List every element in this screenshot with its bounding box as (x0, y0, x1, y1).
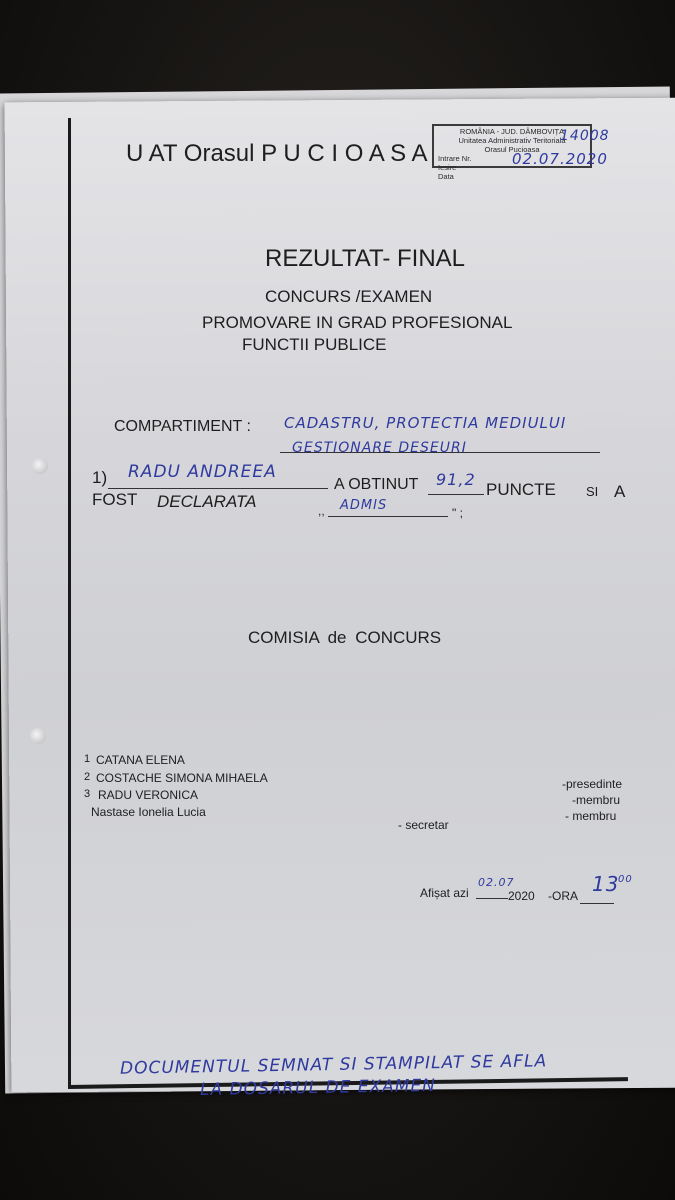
committee-heading: COMISIA de CONCURS (248, 628, 441, 648)
status-value: ADMIS (340, 498, 387, 513)
hour-label: -ORA (548, 889, 578, 903)
candidate-underline (108, 488, 328, 489)
declared-label: DECLARATA (157, 492, 257, 512)
stamp-number-handwritten: 14008 (560, 128, 610, 144)
page-border-left (68, 118, 71, 1088)
posted-date-handwritten: 02.07 (478, 876, 515, 889)
posted-year: 2020 (508, 889, 535, 903)
minutes-handwritten: 00 (618, 874, 633, 885)
hour-handwritten: 13 (592, 872, 619, 896)
compartiment-value-line-2: GESTIONARE DESEURI (292, 440, 467, 456)
points-label: PUNCTE (486, 480, 556, 500)
posted-label: Afișat azi (420, 886, 469, 900)
punch-hole-bottom (30, 728, 46, 744)
title-line-1: CONCURS /EXAMEN (265, 287, 432, 307)
member-2-index: 2 (84, 771, 90, 783)
member-1-role: -presedinte (562, 777, 622, 791)
close-quote: " ; (452, 506, 463, 520)
posted-date-underline (476, 898, 508, 899)
institution-name: U AT Orasul P U C I O A S A (126, 140, 427, 168)
title-line-2: PROMOVARE IN GRAD PROFESIONAL (202, 313, 512, 333)
fost-label: FOST (92, 490, 137, 510)
member-2-role: -membru (572, 793, 620, 807)
member-1-index: 1 (84, 753, 90, 765)
footer-note-line-2: LA DOSARUL DE EXAMEN (200, 1076, 436, 1100)
compartiment-label: COMPARTIMENT : (114, 418, 251, 436)
member-3-index: 3 (84, 788, 90, 800)
stamp-date-handwritten: 02.07.2020 (512, 150, 608, 168)
member-2-name: COSTACHE SIMONA MIHAELA (96, 771, 268, 785)
punch-hole-top (32, 458, 48, 474)
points-value: 91,2 (436, 470, 476, 489)
member-3-role: - membru (565, 809, 616, 823)
points-underline (428, 494, 484, 495)
item-number: 1) (92, 468, 107, 488)
member-4-role: - secretar (398, 818, 449, 832)
candidate-name: RADU ANDREEA (128, 462, 277, 482)
title-line-3: FUNCTII PUBLICE (242, 335, 387, 355)
open-quote: ,, (318, 504, 325, 518)
a-label: A (614, 482, 625, 502)
hour-underline (580, 903, 614, 904)
stamp-nr-label: Nr. (462, 154, 472, 163)
stamp-iesire-label: Iesire (438, 163, 456, 172)
status-underline (328, 516, 448, 517)
member-4-name: Nastase Ionelia Lucia (91, 805, 206, 819)
member-1-name: CATANA ELENA (96, 753, 185, 767)
si-label: SI (586, 484, 598, 499)
stamp-intrare-label: Intrare (438, 154, 460, 163)
compartiment-value-line-1: CADASTRU, PROTECTIA MEDIULUI (284, 414, 566, 432)
obtained-label: A OBTINUT (334, 476, 418, 494)
stamp-data-label: Data (438, 172, 454, 181)
document-title: REZULTAT- FINAL (265, 245, 465, 273)
member-3-name: RADU VERONICA (98, 788, 198, 802)
